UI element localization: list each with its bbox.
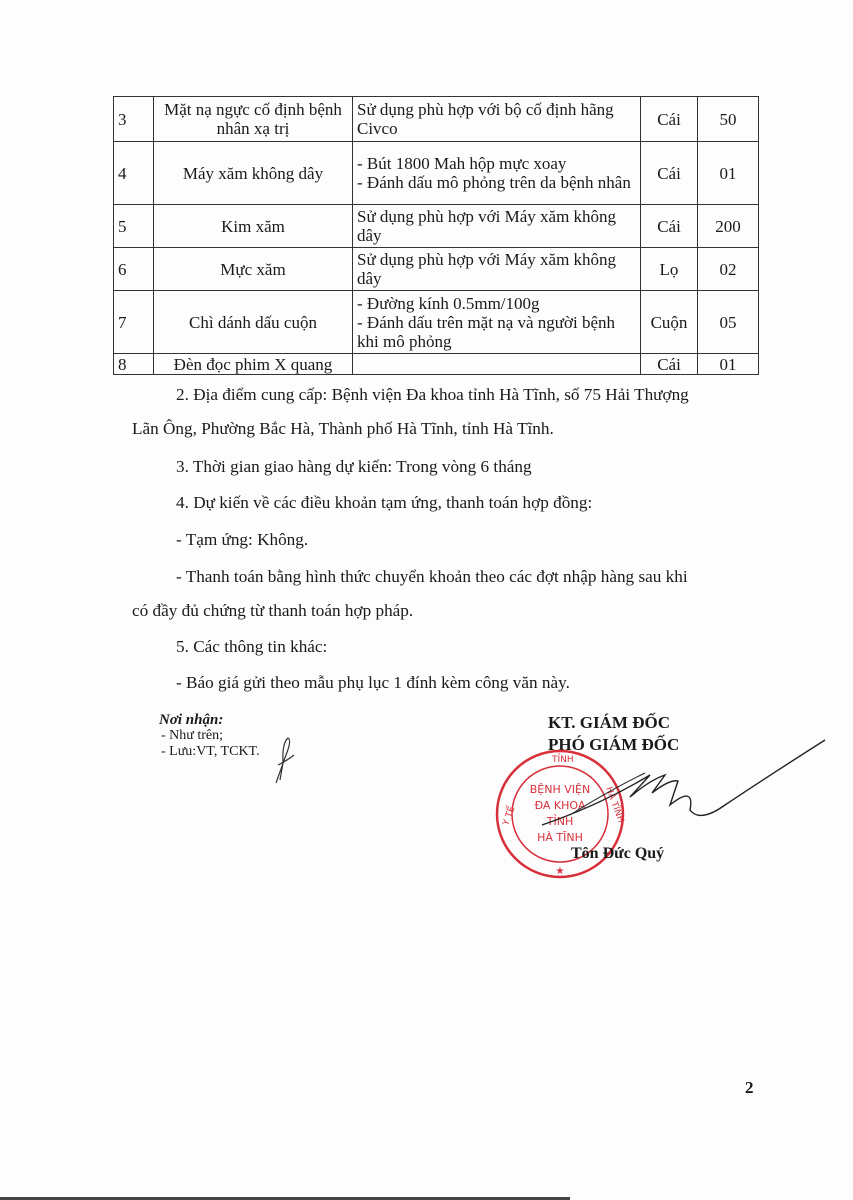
item-spec: - Đường kính 0.5mm/100g- Đánh dấu trên m… [353,291,641,354]
item-unit: Cuộn [641,291,698,354]
table-row: 5Kim xămSử dụng phù hợp với Máy xăm khôn… [114,205,759,248]
item-number: 8 [114,354,154,375]
payment-method-line1: - Thanh toán bằng hình thức chuyển khoản… [132,567,787,587]
item-name: Đèn đọc phim X quang [154,354,353,375]
table-row: 4Máy xăm không dây- Bút 1800 Mah hộp mực… [114,142,759,205]
item-quantity: 200 [698,205,759,248]
equipment-table: 3Mặt nạ ngực cố định bệnh nhân xạ trịSử … [113,96,759,375]
item-unit: Lọ [641,248,698,291]
payment-method-line2: có đầy đủ chứng từ thanh toán hợp pháp. [132,601,787,621]
svg-text:★: ★ [556,866,565,877]
handwritten-signature-icon [540,735,830,855]
spec-line: Sử dụng phù hợp với Máy xăm không dây [357,207,636,245]
initials-signature-icon [268,735,298,785]
item-3-delivery-time: 3. Thời gian giao hàng dự kiến: Trong vò… [132,457,787,477]
receivers-title: Nơi nhận: [159,712,260,728]
item-name: Chì dánh dấu cuộn [154,291,353,354]
item-2-location-line1: 2. Địa điểm cung cấp: Bệnh viện Đa khoa … [132,385,787,405]
item-name: Mặt nạ ngực cố định bệnh nhân xạ trị [154,97,353,142]
item-quantity: 01 [698,354,759,375]
receiver-line: - Như trên; [161,728,260,744]
item-quantity: 02 [698,248,759,291]
table-row: 8Đèn đọc phim X quangCái01 [114,354,759,375]
spec-line: Sử dụng phù hợp với Máy xăm không dây [357,250,636,288]
item-number: 4 [114,142,154,205]
receiver-line: - Lưu:VT, TCKT. [161,744,260,760]
item-4-payment-terms: 4. Dự kiến về các điều khoản tạm ứng, th… [132,493,787,513]
item-name: Mực xăm [154,248,353,291]
stamp-text-left: Y TẾ [499,804,517,828]
item-quantity: 01 [698,142,759,205]
item-number: 3 [114,97,154,142]
item-name: Kim xăm [154,205,353,248]
table-row: 6Mực xămSử dụng phù hợp với Máy xăm khôn… [114,248,759,291]
item-spec: - Bút 1800 Mah hộp mực xoay- Đánh dấu mô… [353,142,641,205]
item-number: 5 [114,205,154,248]
item-unit: Cái [641,205,698,248]
item-spec: Sử dụng phù hợp với bộ cố định hãng Civc… [353,97,641,142]
item-name: Máy xăm không dây [154,142,353,205]
spec-line: - Bút 1800 Mah hộp mực xoay [357,154,636,173]
item-unit: Cái [641,142,698,205]
item-spec: Sử dụng phù hợp với Máy xăm không dây [353,205,641,248]
item-2-location-line2: Lãn Ông, Phường Bắc Hà, Thành phố Hà Tĩn… [132,419,787,439]
quotation-note: - Báo giá gửi theo mẫu phụ lục 1 đính kè… [132,673,787,693]
item-spec [353,354,641,375]
page-number: 2 [745,1078,754,1098]
item-unit: Cái [641,97,698,142]
item-quantity: 05 [698,291,759,354]
receivers-block: Nơi nhận: - Như trên; - Lưu:VT, TCKT. [159,712,260,760]
advance-payment: - Tạm ứng: Không. [132,530,787,550]
table-row: 7Chì dánh dấu cuộn- Đường kính 0.5mm/100… [114,291,759,354]
item-quantity: 50 [698,97,759,142]
signer-name: Tôn Đức Quý [571,845,664,863]
spec-line: Sử dụng phù hợp với bộ cố định hãng Civc… [357,100,636,138]
spec-line: - Đánh dấu mô phỏng trên da bệnh nhân [357,173,636,192]
document-page: 3Mặt nạ ngực cố định bệnh nhân xạ trịSử … [0,0,853,1200]
item-spec: Sử dụng phù hợp với Máy xăm không dây [353,248,641,291]
spec-line: - Đường kính 0.5mm/100g [357,294,636,313]
table-row: 3Mặt nạ ngực cố định bệnh nhân xạ trịSử … [114,97,759,142]
item-5-other-info: 5. Các thông tin khác: [132,637,787,657]
item-unit: Cái [641,354,698,375]
item-number: 7 [114,291,154,354]
item-number: 6 [114,248,154,291]
signature-title-line1: KT. GIÁM ĐỐC [548,712,679,734]
spec-line: - Đánh dấu trên mặt nạ và người bệnh khi… [357,313,636,351]
